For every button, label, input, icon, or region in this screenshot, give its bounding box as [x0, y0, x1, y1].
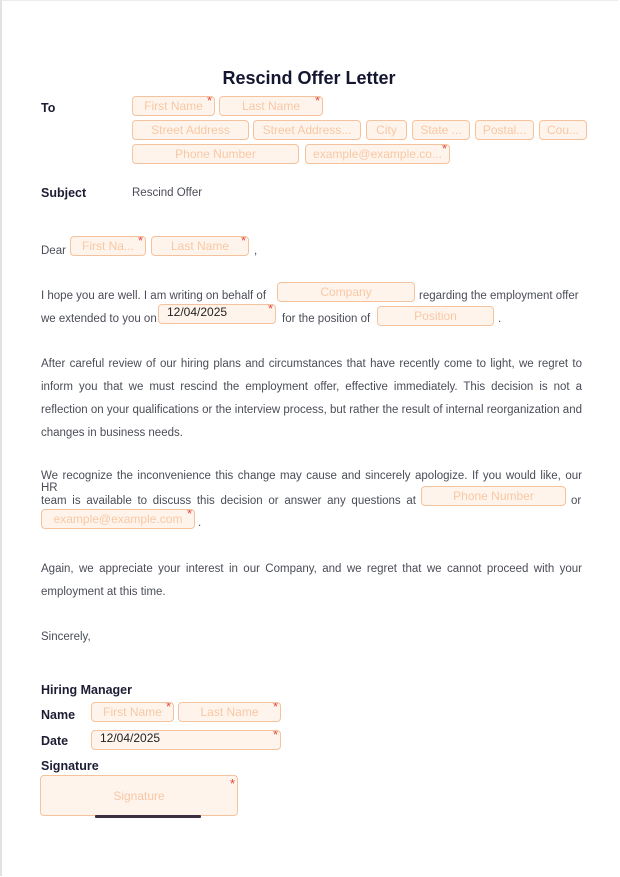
p3-or: or [571, 495, 581, 507]
to-postal-input[interactable]: Postal... [475, 120, 534, 140]
p1-end: . [498, 313, 501, 325]
hr-email-placeholder: example@example.com [54, 512, 183, 526]
required-mark: * [230, 777, 235, 790]
paragraph-4: Again, we appreciate your interest in ou… [41, 558, 582, 604]
date-label: Date [41, 734, 68, 748]
to-city-input[interactable]: City [366, 120, 407, 140]
offer-date-value: 12/04/2025 [167, 305, 227, 319]
paragraph-2: After careful review of our hiring plans… [41, 353, 582, 445]
manager-first-name-placeholder: First Name [103, 705, 162, 719]
greeting-first-name-input[interactable]: First Na...* [70, 236, 146, 256]
to-street-address-input[interactable]: Street Address [132, 120, 249, 140]
greeting-comma: , [254, 245, 257, 257]
to-first-name-placeholder: First Name [144, 99, 203, 113]
greeting-first-name-placeholder: First Na... [82, 239, 134, 253]
hr-email-input[interactable]: example@example.com* [41, 509, 195, 529]
manager-last-name-input[interactable]: Last Name* [178, 702, 281, 722]
hiring-manager-heading: Hiring Manager [41, 683, 132, 697]
subject-value: Rescind Offer [132, 187, 202, 199]
required-mark: * [273, 702, 278, 713]
p1-text-4: for the position of [282, 313, 370, 325]
required-mark: * [207, 96, 212, 107]
required-mark: * [138, 236, 143, 247]
required-mark: * [166, 702, 171, 713]
required-mark: * [273, 730, 278, 741]
required-mark: * [315, 96, 320, 107]
manager-first-name-input[interactable]: First Name* [91, 702, 174, 722]
manager-last-name-placeholder: Last Name [200, 705, 258, 719]
required-mark: * [268, 304, 273, 315]
company-input[interactable]: Company [277, 282, 415, 302]
document-title: Rescind Offer Letter [0, 68, 618, 89]
hr-phone-input[interactable]: Phone Number [421, 486, 566, 506]
position-input[interactable]: Position [377, 306, 494, 326]
manager-date-value: 12/04/2025 [100, 731, 160, 745]
to-phone-input[interactable]: Phone Number [132, 144, 299, 164]
to-email-placeholder: example@example.co... [313, 147, 442, 161]
p1-text-1: I hope you are well. I am writing on beh… [41, 290, 266, 302]
p1-text-2: regarding the employment offer [419, 290, 579, 302]
offer-date-input[interactable]: 12/04/2025* [158, 304, 276, 324]
manager-date-input[interactable]: 12/04/2025* [91, 730, 281, 750]
to-email-input[interactable]: example@example.co...* [305, 144, 450, 164]
dear-text: Dear [41, 245, 66, 257]
signature-baseline [95, 815, 201, 818]
signature-placeholder: Signature [113, 789, 164, 803]
to-label: To [41, 101, 55, 115]
to-last-name-placeholder: Last Name [242, 99, 300, 113]
to-last-name-input[interactable]: Last Name* [219, 96, 323, 116]
greeting-last-name-placeholder: Last Name [171, 239, 229, 253]
subject-label: Subject [41, 186, 86, 200]
name-label: Name [41, 708, 75, 722]
required-mark: * [241, 236, 246, 247]
p3-end: . [198, 517, 201, 529]
to-first-name-input[interactable]: First Name* [132, 96, 215, 116]
required-mark: * [442, 144, 447, 155]
p1-text-3: we extended to you on [41, 313, 157, 325]
p3-text-2: team is available to discuss this decisi… [41, 495, 416, 507]
signature-pad[interactable]: Signature* [40, 775, 238, 816]
closing-text: Sincerely, [41, 631, 91, 643]
to-street-address-2-input[interactable]: Street Address... [253, 120, 361, 140]
greeting-last-name-input[interactable]: Last Name* [151, 236, 249, 256]
to-country-input[interactable]: Cou... [539, 120, 587, 140]
required-mark: * [187, 509, 192, 520]
signature-label: Signature [41, 759, 99, 773]
to-state-input[interactable]: State ... [412, 120, 470, 140]
